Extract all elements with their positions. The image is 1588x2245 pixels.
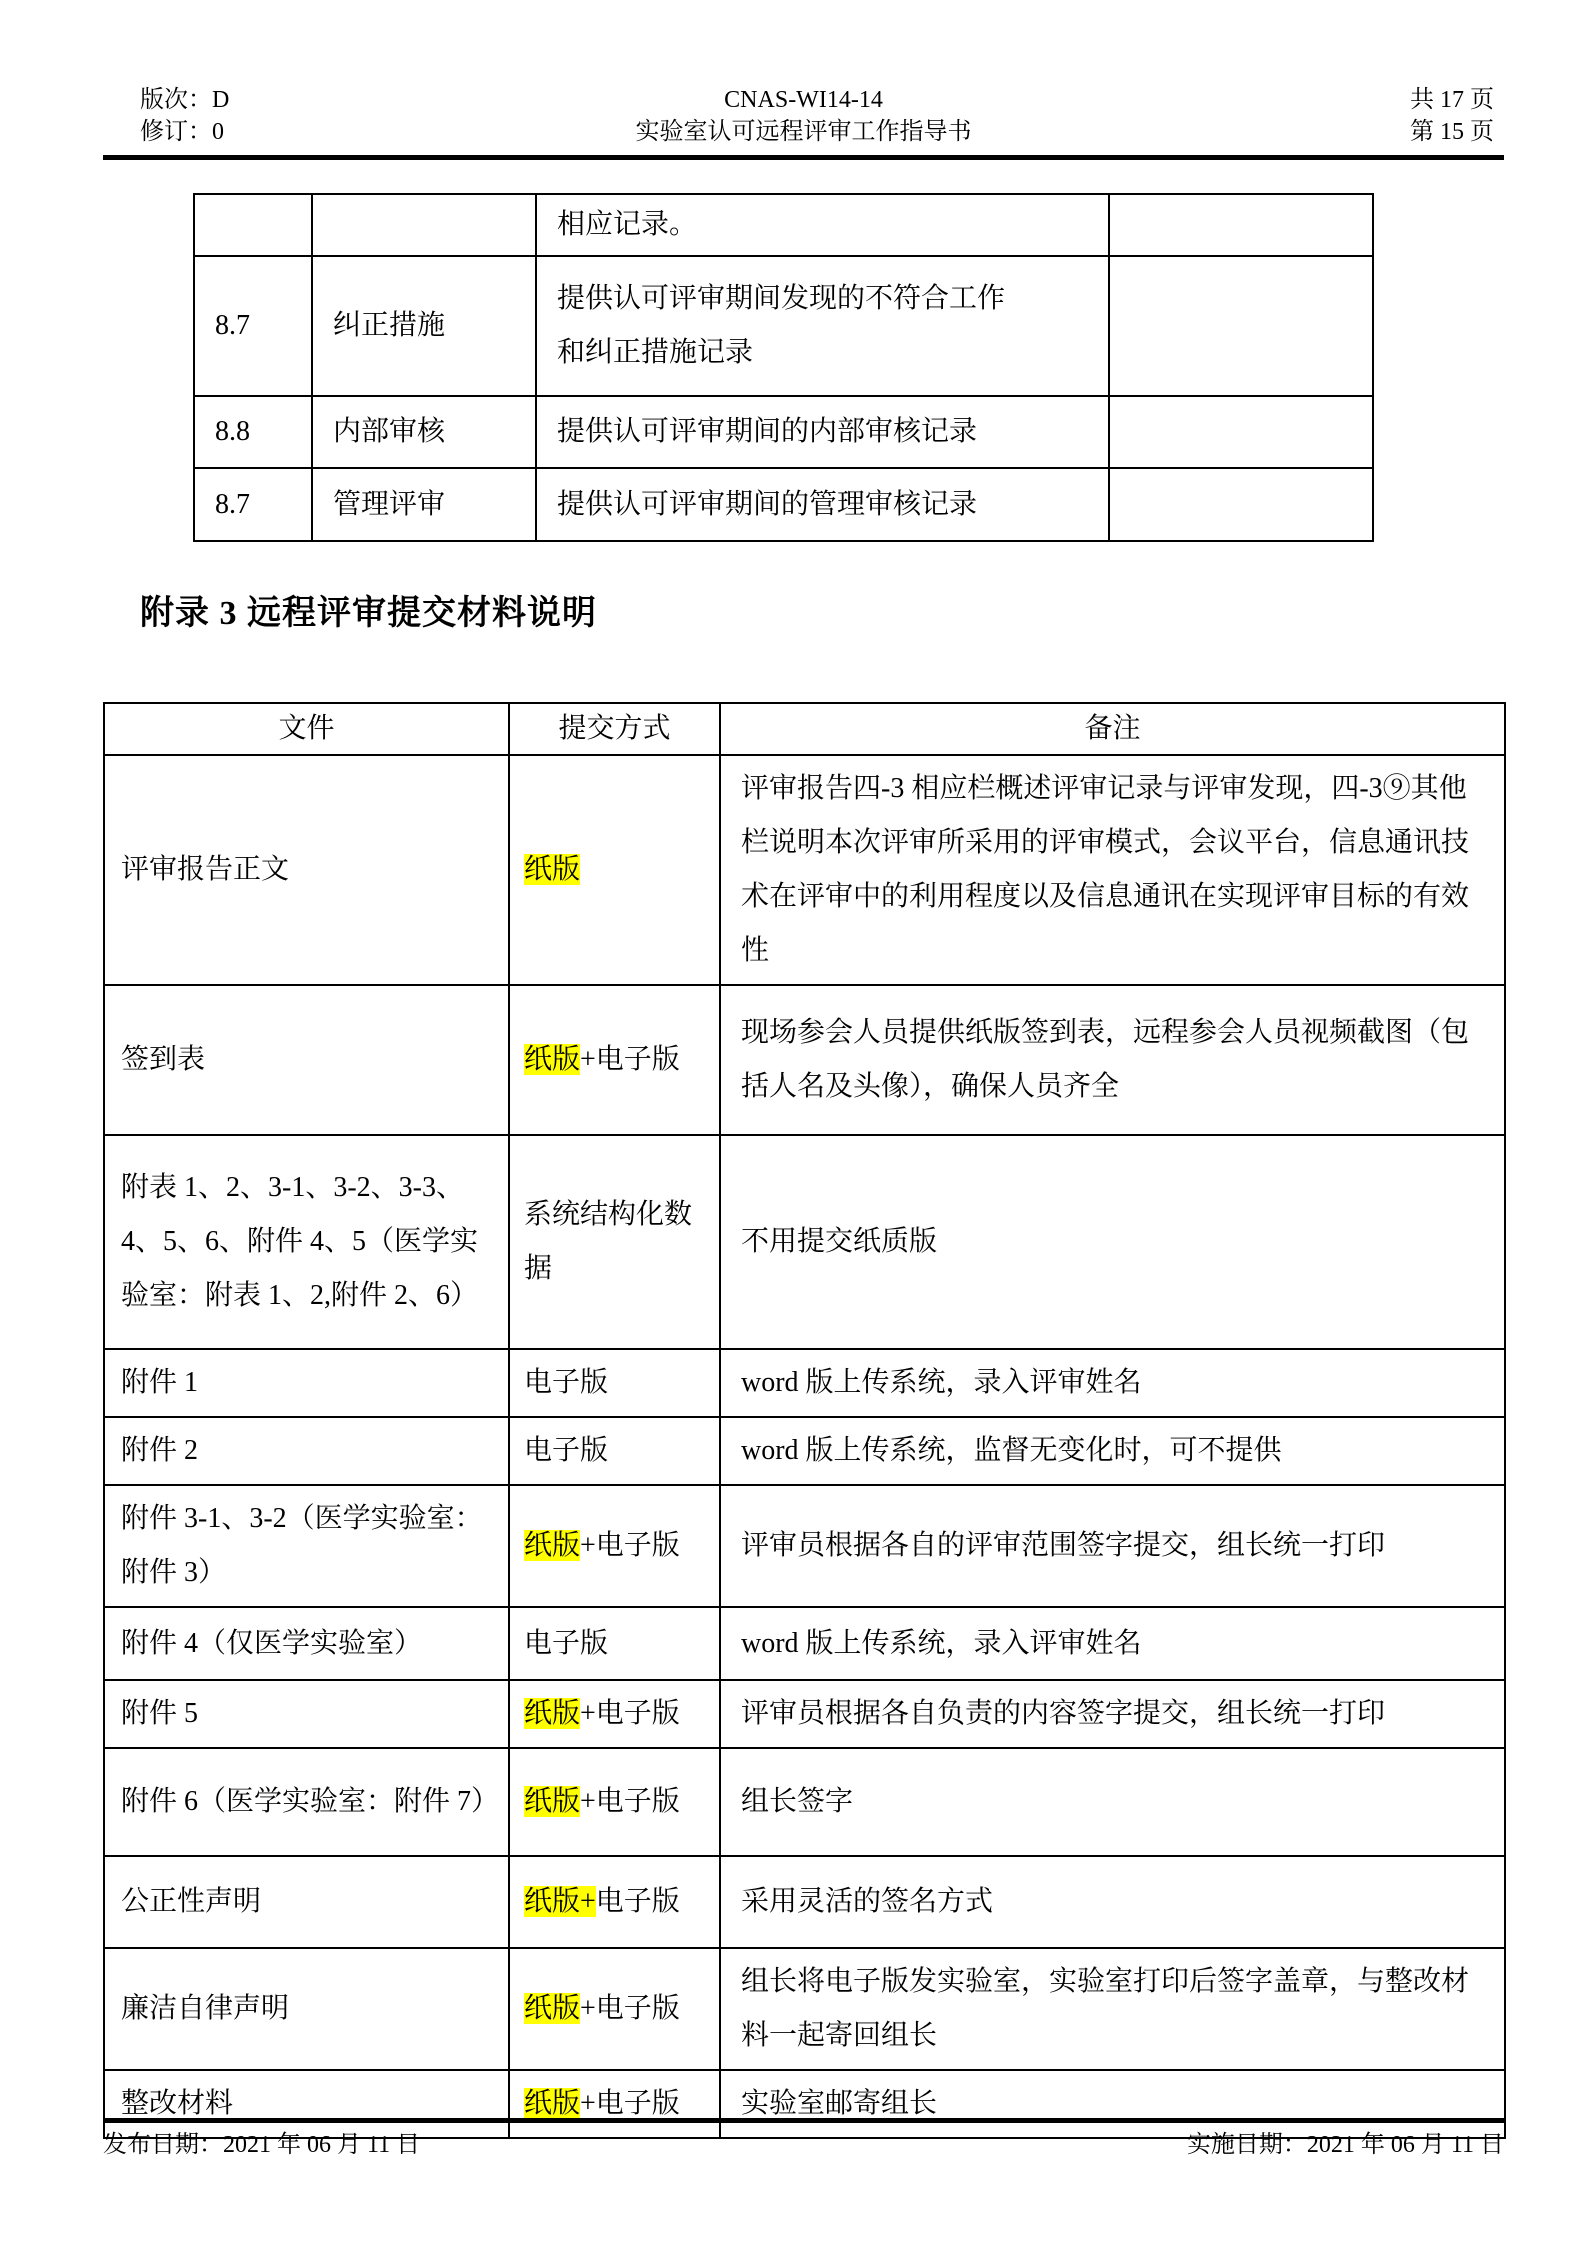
materials-row: 廉洁自律声明纸版+电子版组长将电子版发实验室，实验室打印后签字盖章，与整改材料一… xyxy=(104,1948,1505,2070)
materials-table: 文件 提交方式 备注 评审报告正文纸版评审报告四-3 相应栏概述评审记录与评审发… xyxy=(103,702,1506,2139)
clause-name: 管理评审 xyxy=(312,468,536,541)
submit-method: 电子版 xyxy=(509,1607,720,1680)
file-name: 签到表 xyxy=(104,985,509,1135)
header-left: 版次：D 修订：0 xyxy=(103,84,433,148)
materials-row: 附件 3-1、3-2（医学实验室：附件 3）纸版+电子版评审员根据各自的评审范围… xyxy=(104,1485,1505,1607)
header-right: 共 17 页 第 15 页 xyxy=(1174,84,1504,148)
clause-extra xyxy=(1109,468,1373,541)
highlighted-paper-version: 纸版 xyxy=(524,1530,580,1561)
implementation-date: 实施日期：2021 年 06 月 11 日 xyxy=(1187,2128,1504,2162)
file-name: 附表 1、2、3-1、3-2、3-3、4、5、6、附件 4、5（医学实验室：附表… xyxy=(104,1135,509,1349)
file-name: 评审报告正文 xyxy=(104,755,509,985)
materials-row: 签到表纸版+电子版现场参会人员提供纸版签到表，远程参会人员视频截图（包括人名及头… xyxy=(104,985,1505,1135)
materials-table-body: 评审报告正文纸版评审报告四-3 相应栏概述评审记录与评审发现，四-3⑨其他栏说明… xyxy=(104,755,1505,2138)
file-name: 附件 2 xyxy=(104,1417,509,1485)
materials-row: 评审报告正文纸版评审报告四-3 相应栏概述评审记录与评审发现，四-3⑨其他栏说明… xyxy=(104,755,1505,985)
page-footer: 发布日期：2021 年 06 月 11 日 实施日期：2021 年 06 月 1… xyxy=(103,2128,1504,2162)
clause-number: 8.7 xyxy=(194,468,312,541)
file-name: 附件 1 xyxy=(104,1349,509,1417)
document-title: 实验室认可远程评审工作指导书 xyxy=(433,116,1174,148)
highlighted-paper-version: 纸版 xyxy=(524,854,580,885)
highlighted-paper-version: 纸版 xyxy=(524,2088,580,2119)
clause-table-wrap: 相应记录。8.7纠正措施提供认可评审期间发现的不符合工作和纠正措施记录8.8内部… xyxy=(193,193,1374,542)
materials-row: 附件 4（仅医学实验室）电子版word 版上传系统，录入评审姓名 xyxy=(104,1607,1505,1680)
file-name: 公正性声明 xyxy=(104,1856,509,1948)
materials-row: 附表 1、2、3-1、3-2、3-3、4、5、6、附件 4、5（医学实验室：附表… xyxy=(104,1135,1505,1349)
total-pages: 共 17 页 xyxy=(1174,84,1494,116)
remark-text: 组长签字 xyxy=(720,1748,1505,1856)
file-name: 附件 4（仅医学实验室） xyxy=(104,1607,509,1680)
clause-extra xyxy=(1109,194,1373,256)
clause-number xyxy=(194,194,312,256)
submit-method-text: +电子版 xyxy=(580,1530,680,1561)
appendix-heading: 附录 3 远程评审提交材料说明 xyxy=(140,585,597,634)
submit-method-text: +电子版 xyxy=(580,1044,680,1075)
version-label: 版次：D xyxy=(140,84,433,116)
materials-row: 附件 5纸版+电子版评审员根据各自负责的内容签字提交，组长统一打印 xyxy=(104,1680,1505,1748)
highlighted-paper-version: 纸版 xyxy=(524,1993,580,2024)
clause-row: 8.7管理评审提供认可评审期间的管理审核记录 xyxy=(194,468,1373,541)
header-rule xyxy=(103,155,1504,160)
remark-text: 评审报告四-3 相应栏概述评审记录与评审发现，四-3⑨其他栏说明本次评审所采用的… xyxy=(720,755,1505,985)
revision-label: 修订：0 xyxy=(140,116,433,148)
materials-table-wrap: 文件 提交方式 备注 评审报告正文纸版评审报告四-3 相应栏概述评审记录与评审发… xyxy=(103,702,1506,2139)
submit-method-text: 电子版 xyxy=(596,1886,680,1917)
submit-method: 电子版 xyxy=(509,1417,720,1485)
remark-text: 现场参会人员提供纸版签到表，远程参会人员视频截图（包括人名及头像），确保人员齐全 xyxy=(720,985,1505,1135)
submit-method-text: 系统结构化数据 xyxy=(524,1199,692,1284)
clause-row: 8.7纠正措施提供认可评审期间发现的不符合工作和纠正措施记录 xyxy=(194,256,1373,396)
footer-rule xyxy=(103,2118,1504,2123)
materials-row: 附件 1电子版word 版上传系统，录入评审姓名 xyxy=(104,1349,1505,1417)
clause-description: 提供认可评审期间发现的不符合工作和纠正措施记录 xyxy=(536,256,1109,396)
file-name: 附件 3-1、3-2（医学实验室：附件 3） xyxy=(104,1485,509,1607)
remark-text: 采用灵活的签名方式 xyxy=(720,1856,1505,1948)
column-header-remark: 备注 xyxy=(720,703,1505,755)
submit-method-text: +电子版 xyxy=(580,1993,680,2024)
submit-method: 纸版+电子版 xyxy=(509,1948,720,2070)
submit-method-text: +电子版 xyxy=(580,2088,680,2119)
materials-row: 附件 6（医学实验室：附件 7）纸版+电子版组长签字 xyxy=(104,1748,1505,1856)
clause-description: 提供认可评审期间的内部审核记录 xyxy=(536,396,1109,468)
submit-method: 电子版 xyxy=(509,1349,720,1417)
highlighted-paper-version: 纸版 xyxy=(524,1786,580,1817)
submit-method: 纸版+电子版 xyxy=(509,1680,720,1748)
submit-method: 纸版 xyxy=(509,755,720,985)
clause-name xyxy=(312,194,536,256)
submit-method-text: 电子版 xyxy=(524,1435,608,1466)
submit-method: 纸版+电子版 xyxy=(509,1485,720,1607)
remark-text: word 版上传系统，监督无变化时，可不提供 xyxy=(720,1417,1505,1485)
header-center: CNAS-WI14-14 实验室认可远程评审工作指导书 xyxy=(433,84,1174,148)
remark-text: 评审员根据各自的评审范围签字提交，组长统一打印 xyxy=(720,1485,1505,1607)
clause-name: 纠正措施 xyxy=(312,256,536,396)
submit-method: 纸版+电子版 xyxy=(509,1856,720,1948)
page-header: 版次：D 修订：0 CNAS-WI14-14 实验室认可远程评审工作指导书 共 … xyxy=(103,84,1504,148)
submit-method-text: +电子版 xyxy=(580,1786,680,1817)
submit-method: 纸版+电子版 xyxy=(509,1748,720,1856)
highlighted-paper-version: 纸版+ xyxy=(524,1886,596,1917)
submit-method-text: +电子版 xyxy=(580,1698,680,1729)
remark-text: 评审员根据各自负责的内容签字提交，组长统一打印 xyxy=(720,1680,1505,1748)
file-name: 附件 5 xyxy=(104,1680,509,1748)
release-date: 发布日期：2021 年 06 月 11 日 xyxy=(103,2128,420,2162)
clause-table: 相应记录。8.7纠正措施提供认可评审期间发现的不符合工作和纠正措施记录8.8内部… xyxy=(193,193,1374,542)
submit-method-text: 电子版 xyxy=(524,1628,608,1659)
clause-description: 提供认可评审期间的管理审核记录 xyxy=(536,468,1109,541)
clause-number: 8.8 xyxy=(194,396,312,468)
document-number: CNAS-WI14-14 xyxy=(433,84,1174,116)
clause-extra xyxy=(1109,396,1373,468)
file-name: 附件 6（医学实验室：附件 7） xyxy=(104,1748,509,1856)
column-header-file: 文件 xyxy=(104,703,509,755)
file-name: 廉洁自律声明 xyxy=(104,1948,509,2070)
submit-method: 纸版+电子版 xyxy=(509,985,720,1135)
clause-row: 8.8内部审核提供认可评审期间的内部审核记录 xyxy=(194,396,1373,468)
remark-text: word 版上传系统，录入评审姓名 xyxy=(720,1349,1505,1417)
clause-description: 相应记录。 xyxy=(536,194,1109,256)
submit-method-text: 电子版 xyxy=(524,1367,608,1398)
document-page: 版次：D 修订：0 CNAS-WI14-14 实验室认可远程评审工作指导书 共 … xyxy=(0,0,1588,2245)
materials-row: 附件 2电子版word 版上传系统，监督无变化时，可不提供 xyxy=(104,1417,1505,1485)
highlighted-paper-version: 纸版 xyxy=(524,1698,580,1729)
submit-method: 系统结构化数据 xyxy=(509,1135,720,1349)
clause-extra xyxy=(1109,256,1373,396)
clause-number: 8.7 xyxy=(194,256,312,396)
materials-row: 公正性声明纸版+电子版采用灵活的签名方式 xyxy=(104,1856,1505,1948)
remark-text: 组长将电子版发实验室，实验室打印后签字盖章，与整改材料一起寄回组长 xyxy=(720,1948,1505,2070)
clause-name: 内部审核 xyxy=(312,396,536,468)
clause-row: 相应记录。 xyxy=(194,194,1373,256)
clause-table-body: 相应记录。8.7纠正措施提供认可评审期间发现的不符合工作和纠正措施记录8.8内部… xyxy=(194,194,1373,541)
highlighted-paper-version: 纸版 xyxy=(524,1044,580,1075)
remark-text: 不用提交纸质版 xyxy=(720,1135,1505,1349)
column-header-submit-method: 提交方式 xyxy=(509,703,720,755)
page-number: 第 15 页 xyxy=(1174,116,1494,148)
materials-header-row: 文件 提交方式 备注 xyxy=(104,703,1505,755)
remark-text: word 版上传系统，录入评审姓名 xyxy=(720,1607,1505,1680)
